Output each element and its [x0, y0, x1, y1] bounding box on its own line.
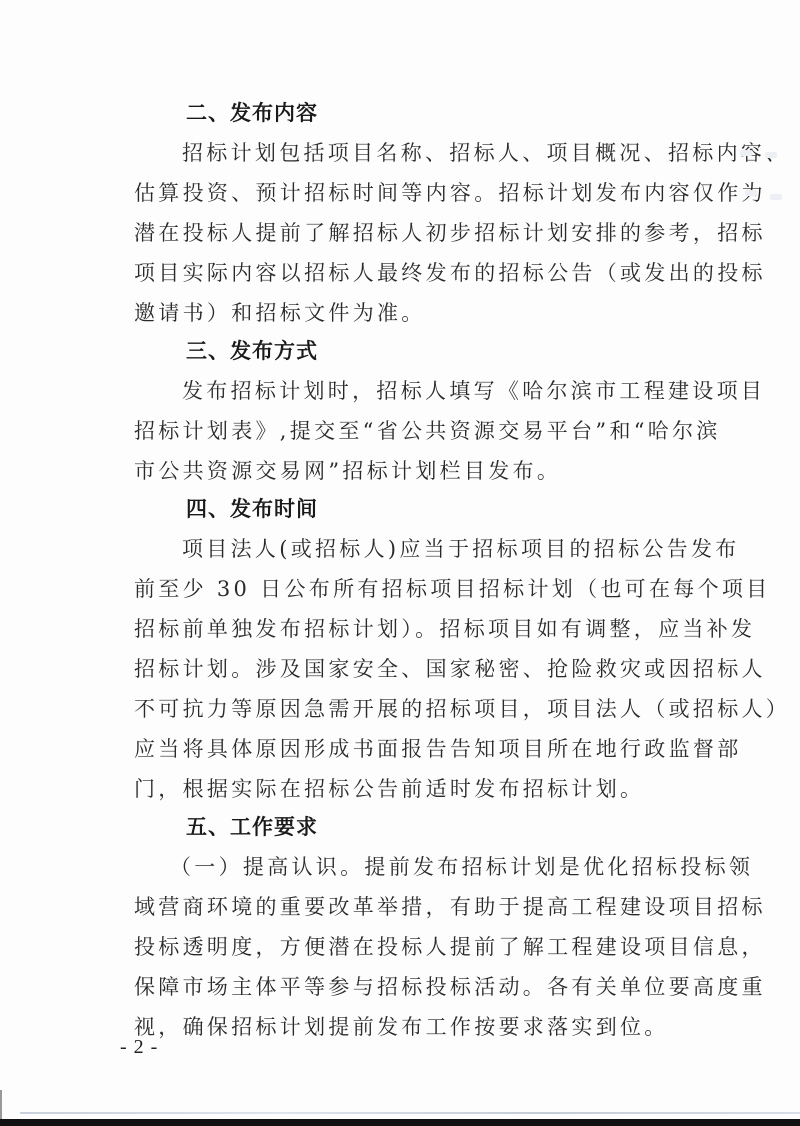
paragraph-line: 估算投资、预计招标时间等内容。招标计划发布内容仅作为 — [134, 178, 694, 208]
paragraph-line: 项目法人(或招标人)应当于招标项目的招标公告发布 — [182, 534, 694, 564]
paragraph-line: 前至少 30 日公布所有招标项目招标计划（也可在每个项目 — [134, 574, 694, 604]
scan-artifact — [745, 190, 757, 196]
section-heading-publish-content: 二、发布内容 — [186, 98, 746, 128]
paragraph-line: 邀请书）和招标文件为准。 — [134, 298, 694, 328]
paragraph-line: 招标计划包括项目名称、招标人、项目概况、招标内容、 — [182, 138, 694, 168]
section-heading-publish-time: 四、发布时间 — [186, 494, 746, 524]
paragraph-line: 招标计划。涉及国家安全、国家秘密、抢险救灾或因招标人 — [134, 654, 694, 684]
paragraph-line: 项目实际内容以招标人最终发布的招标公告（或发出的投标 — [134, 258, 694, 288]
paragraph-line: 潜在投标人提前了解招标人初步招标计划安排的参考，招标 — [134, 218, 694, 248]
scan-border-line — [20, 1112, 800, 1114]
paragraph-line: 门，根据实际在招标公告前适时发布招标计划。 — [134, 774, 694, 804]
scan-artifact — [765, 152, 777, 158]
paragraph-line: 视，确保招标计划提前发布工作按要求落实到位。 — [134, 1012, 694, 1042]
scan-artifact — [770, 194, 782, 200]
paragraph-line: 投标透明度，方便潜在投标人提前了解工程建设项目信息， — [134, 932, 694, 962]
paragraph-line: 域营商环境的重要改革举措，有助于提高工程建设项目招标 — [134, 892, 694, 922]
scan-artifact — [740, 150, 752, 156]
document-page: 二、发布内容 招标计划包括项目名称、招标人、项目概况、招标内容、 估算投资、预计… — [0, 0, 800, 1126]
paragraph-line: 发布招标计划时，招标人填写《哈尔滨市工程建设项目 — [182, 376, 694, 406]
paragraph-line: 招标前单独发布招标计划）。招标项目如有调整，应当补发 — [134, 614, 694, 644]
paragraph-line: 应当将具体原因形成书面报告告知项目所在地行政监督部 — [134, 734, 694, 764]
section-heading-work-requirements: 五、工作要求 — [186, 812, 746, 842]
paragraph-line: （一）提高认识。提前发布招标计划是优化招标投标领 — [170, 852, 682, 882]
paragraph-line: 保障市场主体平等参与招标投标活动。各有关单位要高度重 — [134, 972, 694, 1002]
paragraph-line: 招标计划表》,提交至“省公共资源交易平台”和“哈尔滨 — [134, 416, 694, 446]
section-heading-publish-method: 三、发布方式 — [186, 336, 746, 366]
page-number: - 2 - — [120, 1036, 158, 1059]
scan-bottom-edge — [0, 1119, 800, 1126]
paragraph-line: 市公共资源交易网”招标计划栏目发布。 — [134, 456, 694, 486]
page-edge — [0, 1090, 2, 1120]
paragraph-line: 不可抗力等原因急需开展的招标项目，项目法人（或招标人） — [134, 694, 694, 724]
